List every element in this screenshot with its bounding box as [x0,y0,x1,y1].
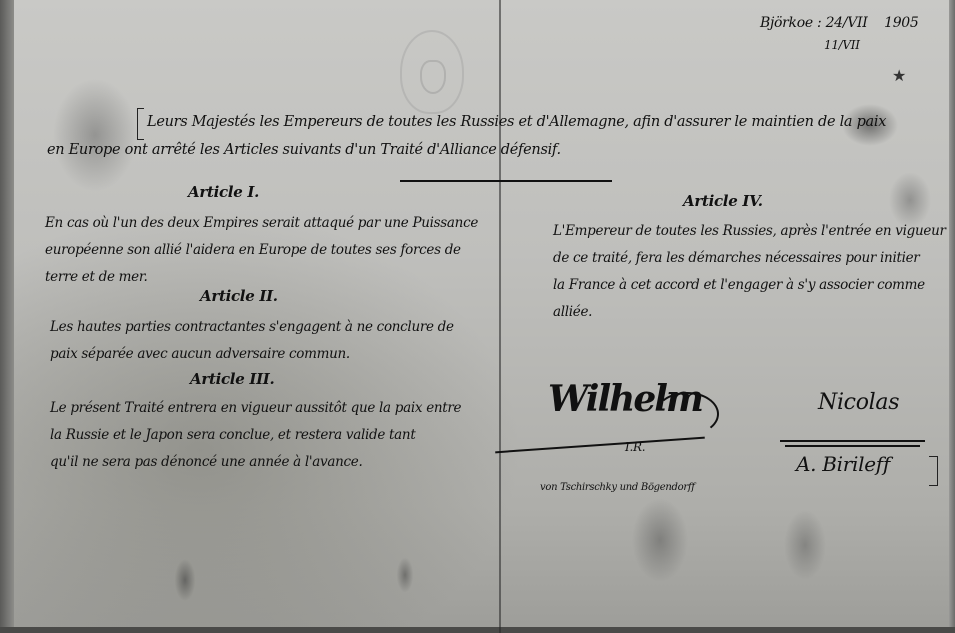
article-3-body: Le présent Traité entrera en vigueur aus… [50,395,461,476]
signature-flourish [785,445,920,447]
preamble: Leurs Majestés les Empereurs de toutes l… [147,108,886,164]
article-4-line: la France à cet accord et l'engager à s'… [553,272,946,299]
countersignature-left: von Tschirschky und Bögendorff [540,482,695,493]
date-new-style: 24/VII [826,15,868,31]
article-2-line: Les hautes parties contractantes s'engag… [50,314,454,341]
article-2-body: Les hautes parties contractantes s'engag… [50,314,454,368]
preamble-underline [400,180,612,182]
paper-right-edge [949,0,955,633]
article-3-line: qu'il ne sera pas dénoncé une année à l'… [50,449,461,476]
article-2-title: Article II. [200,287,278,305]
article-2-line: paix séparée avec aucun adversaire commu… [50,341,454,368]
article-4-line: L'Empereur de toutes les Russies, après … [553,218,946,245]
star-mark-icon: ★ [892,66,906,85]
article-4-line: de ce traité, fera les démarches nécessa… [553,245,946,272]
preamble-line-2: en Europe ont arrêté les Articles suivan… [47,136,886,164]
article-4-line: alliée. [553,299,946,326]
article-1-title: Article I. [188,183,259,201]
center-fold-line [499,0,501,633]
paper-bottom-edge [0,627,955,633]
article-1-body: En cas où l'un des deux Empires serait a… [45,210,478,291]
article-1-line: européenne son allié l'aidera en Europe … [45,237,478,264]
signature-flourish [780,440,925,442]
article-3-title: Article III. [190,370,274,388]
article-1-line: En cas où l'un des deux Empires serait a… [45,210,478,237]
article-3-line: la Russie et le Japon sera conclue, et r… [50,422,461,449]
year: 1905 [884,15,918,31]
preamble-line-1: Leurs Majestés les Empereurs de toutes l… [147,114,886,130]
countersignature-right: A. Birileff [796,452,890,476]
place-date-header: Björkoe : 24/VII 1905 11/VII [760,12,919,56]
place: Björkoe : [760,15,821,31]
signature-flourish [655,392,719,436]
signature-wilhelm-suffix: I.R. [625,440,645,454]
article-4-body: L'Empereur de toutes les Russies, après … [553,218,946,326]
article-4-title: Article IV. [683,192,763,210]
paper-left-edge [0,0,14,633]
closing-bracket [929,456,938,486]
article-3-line: Le présent Traité entrera en vigueur aus… [50,395,461,422]
imperial-crest-watermark-icon [400,30,464,114]
date-old-style: 11/VII [760,34,919,56]
signature-nicolas: Nicolas [818,390,899,415]
